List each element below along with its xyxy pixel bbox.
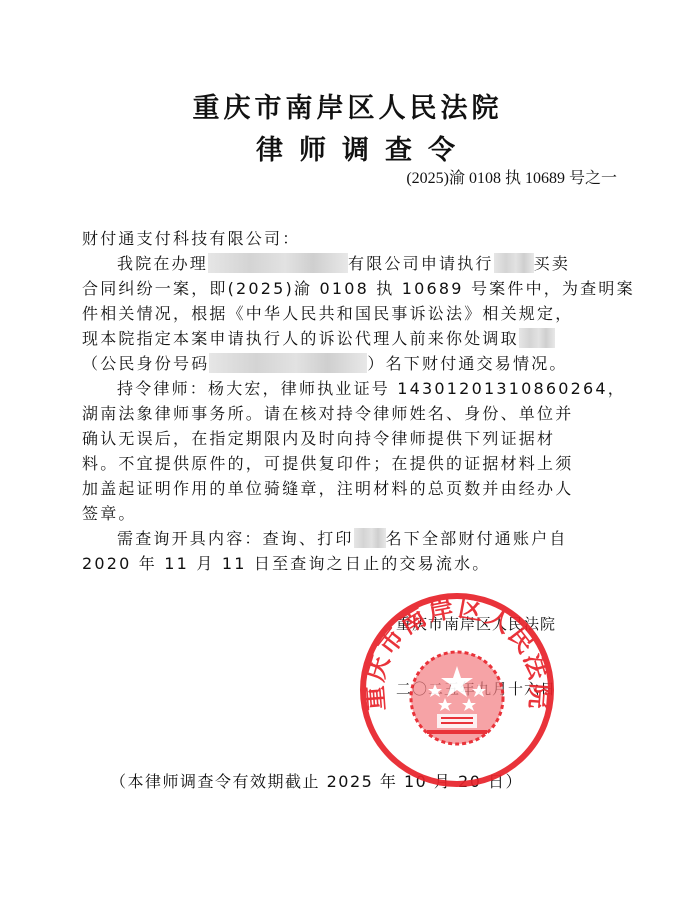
text-segment: 买卖 xyxy=(534,254,570,273)
court-name-heading: 重庆市南岸区人民法院 xyxy=(0,86,695,125)
document-number: (2025)渝 0108 执 10689 号之一 xyxy=(406,165,617,188)
paragraph2-line4: 料。不宜提供原件的，可提供复印件；在提供的证据材料上须 xyxy=(82,451,622,476)
redacted-id-number xyxy=(209,353,367,373)
text-segment: ）名下财付通交易情况。 xyxy=(367,354,567,373)
recipient-line: 财付通支付科技有限公司： xyxy=(82,226,622,251)
paragraph2-line6: 签章。 xyxy=(82,501,622,526)
paragraph1-line2: 合同纠纷一案，即(2025)渝 0108 执 10689 号案件中，为查明案 xyxy=(82,276,622,301)
text-segment: （公民身份号码 xyxy=(82,354,209,373)
paragraph2-line1: 持令律师：杨大宏，律师执业证号 14301201310860264， xyxy=(82,376,622,401)
paragraph2-line2: 湖南法象律师事务所。请在核对持令律师姓名、身份、单位并 xyxy=(82,401,622,426)
text-segment: 名下全部财付通账户自 xyxy=(386,529,568,548)
paragraph3-line1: 需查询开具内容：查询、打印名下全部财付通账户自 xyxy=(82,526,622,551)
paragraph1-line4: 现本院指定本案申请执行人的诉讼代理人前来你处调取 xyxy=(82,326,622,351)
redacted-person-name xyxy=(354,528,386,548)
redacted-respondent-name xyxy=(494,253,534,273)
paragraph1-line3: 件相关情况，根据《中华人民共和国民事诉讼法》相关规定， xyxy=(82,301,622,326)
paragraph1-line1: 我院在办理有限公司申请执行买卖 xyxy=(82,251,622,276)
court-seal-stamp-icon: 重庆市南岸区人民法院 xyxy=(357,590,557,790)
paragraph1-line5: （公民身份号码）名下财付通交易情况。 xyxy=(82,351,622,376)
paragraph3-line2: 2020 年 11 月 11 日至查询之日止的交易流水。 xyxy=(82,551,622,576)
paragraph2-line3: 确认无误后，在指定期限内及时向持令律师提供下列证据材 xyxy=(82,426,622,451)
document-page: 重庆市南岸区人民法院 律师调查令 (2025)渝 0108 执 10689 号之… xyxy=(0,0,695,900)
text-segment: 我院在办理 xyxy=(117,254,208,273)
document-body: 财付通支付科技有限公司： 我院在办理有限公司申请执行买卖 合同纠纷一案，即(20… xyxy=(82,226,622,576)
text-segment: 需查询开具内容：查询、打印 xyxy=(117,529,354,548)
text-segment: 现本院指定本案申请执行人的诉讼代理人前来你处调取 xyxy=(82,329,519,348)
text-segment: 有限公司申请执行 xyxy=(348,254,494,273)
document-title: 律师调查令 xyxy=(0,128,695,167)
paragraph2-line5: 加盖起证明作用的单位骑缝章，注明材料的总页数并由经办人 xyxy=(82,476,622,501)
redacted-person-name xyxy=(519,328,555,348)
redacted-company-name xyxy=(208,253,348,273)
